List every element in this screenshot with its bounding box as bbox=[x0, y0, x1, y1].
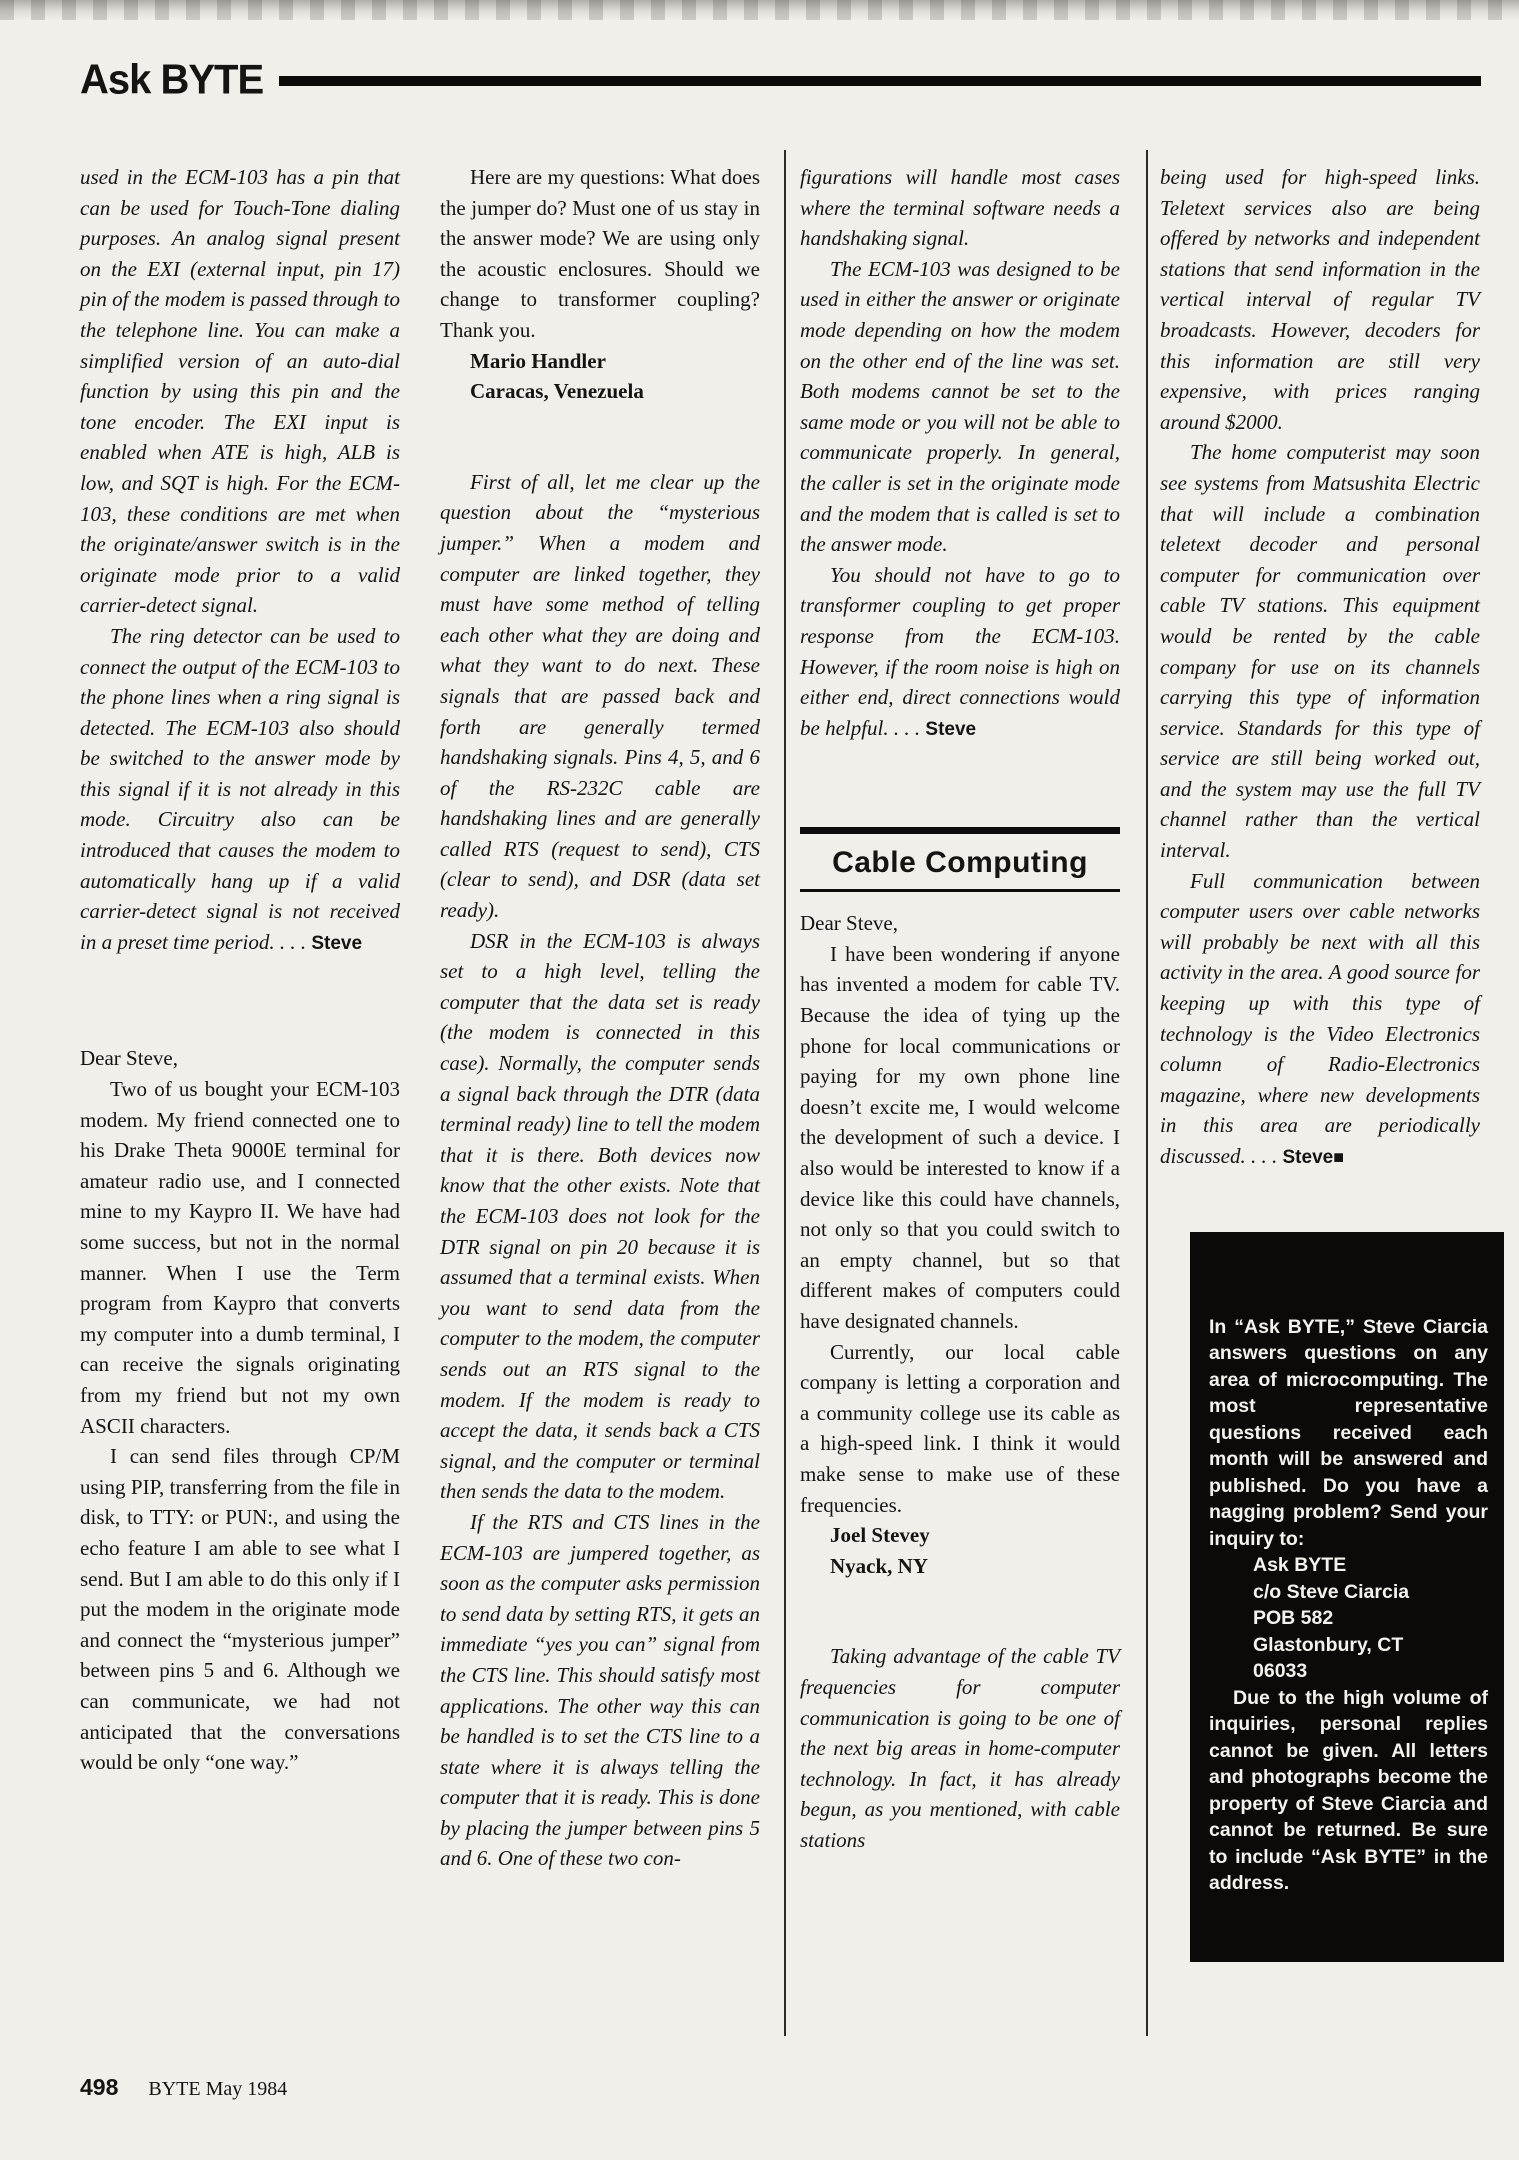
answer-paragraph: being used for high-speed links. Teletex… bbox=[1160, 162, 1480, 437]
answer-text: The ring detector can be used to connect… bbox=[80, 624, 400, 954]
ask-byte-info-box: In “Ask BYTE,” Steve Ciarcia answers que… bbox=[1190, 1232, 1504, 1962]
letter-signature-location: Nyack, NY bbox=[800, 1551, 1120, 1582]
vertical-spacer bbox=[800, 1581, 1120, 1641]
answer-signature: Steve bbox=[925, 719, 976, 740]
letter-signature-name: Mario Handler bbox=[440, 346, 760, 377]
answer-text: You should not have to go to transformer… bbox=[800, 563, 1120, 740]
letter-paragraph: Here are my questions: What does the jum… bbox=[440, 162, 760, 346]
letter-signature-location: Caracas, Venezuela bbox=[440, 376, 760, 407]
magazine-page: Ask BYTE used in the ECM-103 has a pin t… bbox=[0, 0, 1519, 2160]
column-4: being used for high-speed links. Teletex… bbox=[1160, 162, 1480, 1962]
scan-artifact-band bbox=[0, 0, 1519, 20]
letter-paragraph: Two of us bought your ECM-103 modem. My … bbox=[80, 1074, 400, 1441]
letter-paragraph: I can send files through CP/M using PIP,… bbox=[80, 1441, 400, 1778]
info-box-address-line: Glastonbury, CT bbox=[1209, 1632, 1488, 1659]
answer-text: Full communication between computer user… bbox=[1160, 869, 1480, 1168]
answer-signature: Steve bbox=[311, 933, 362, 954]
masthead: Ask BYTE bbox=[80, 60, 1481, 100]
section-heading: Cable Computing bbox=[800, 827, 1120, 892]
info-box-outro: Due to the high volume of inquiries, per… bbox=[1209, 1685, 1488, 1897]
answer-paragraph: Taking advantage of the cable TV frequen… bbox=[800, 1641, 1120, 1855]
answer-paragraph: figurations will handle most cases where… bbox=[800, 162, 1120, 254]
answer-paragraph: used in the ECM-103 has a pin that can b… bbox=[80, 162, 400, 621]
answer-paragraph: Full communication between computer user… bbox=[1160, 866, 1480, 1174]
info-box-address-line: POB 582 bbox=[1209, 1605, 1488, 1632]
page-title: Ask BYTE bbox=[80, 59, 263, 101]
letter-paragraph: Currently, our local cable company is le… bbox=[800, 1337, 1120, 1521]
answer-paragraph: If the RTS and CTS lines in the ECM-103 … bbox=[440, 1507, 760, 1874]
answer-paragraph: DSR in the ECM-103 is always set to a hi… bbox=[440, 926, 760, 1507]
end-of-article-mark: ■ bbox=[1333, 1147, 1344, 1167]
vertical-spacer bbox=[440, 407, 760, 467]
info-box-intro: In “Ask BYTE,” Steve Ciarcia answers que… bbox=[1209, 1314, 1488, 1553]
letter-paragraph: I have been wondering if anyone has inve… bbox=[800, 939, 1120, 1337]
page-footer: 498BYTE May 1984 bbox=[80, 2074, 287, 2101]
letter-salutation: Dear Steve, bbox=[80, 1043, 400, 1074]
answer-paragraph: The home computerist may soon see system… bbox=[1160, 437, 1480, 865]
answer-signature: Steve bbox=[1283, 1147, 1334, 1168]
masthead-rule bbox=[279, 76, 1481, 86]
section-rule-thick bbox=[800, 827, 1120, 834]
info-box-address-line: 06033 bbox=[1209, 1658, 1488, 1685]
column-3: figurations will handle most cases where… bbox=[800, 162, 1120, 1962]
answer-paragraph: The ECM-103 was designed to be used in e… bbox=[800, 254, 1120, 560]
article-columns: used in the ECM-103 has a pin that can b… bbox=[80, 162, 1480, 1962]
letter-signature-name: Joel Stevey bbox=[800, 1520, 1120, 1551]
section-rule-thin bbox=[800, 889, 1120, 892]
column-2: Here are my questions: What does the jum… bbox=[440, 162, 760, 1962]
answer-paragraph: The ring detector can be used to connect… bbox=[80, 621, 400, 960]
letter-salutation: Dear Steve, bbox=[800, 908, 1120, 939]
issue-label: BYTE May 1984 bbox=[148, 2078, 287, 2100]
info-box-address-line: Ask BYTE bbox=[1209, 1552, 1488, 1579]
column-1: used in the ECM-103 has a pin that can b… bbox=[80, 162, 400, 1962]
vertical-spacer bbox=[80, 959, 400, 1043]
info-box-address-line: c/o Steve Ciarcia bbox=[1209, 1579, 1488, 1606]
page-number: 498 bbox=[80, 2074, 118, 2100]
answer-paragraph: You should not have to go to transformer… bbox=[800, 560, 1120, 746]
answer-paragraph: First of all, let me clear up the questi… bbox=[440, 467, 760, 926]
section-title: Cable Computing bbox=[800, 834, 1120, 889]
